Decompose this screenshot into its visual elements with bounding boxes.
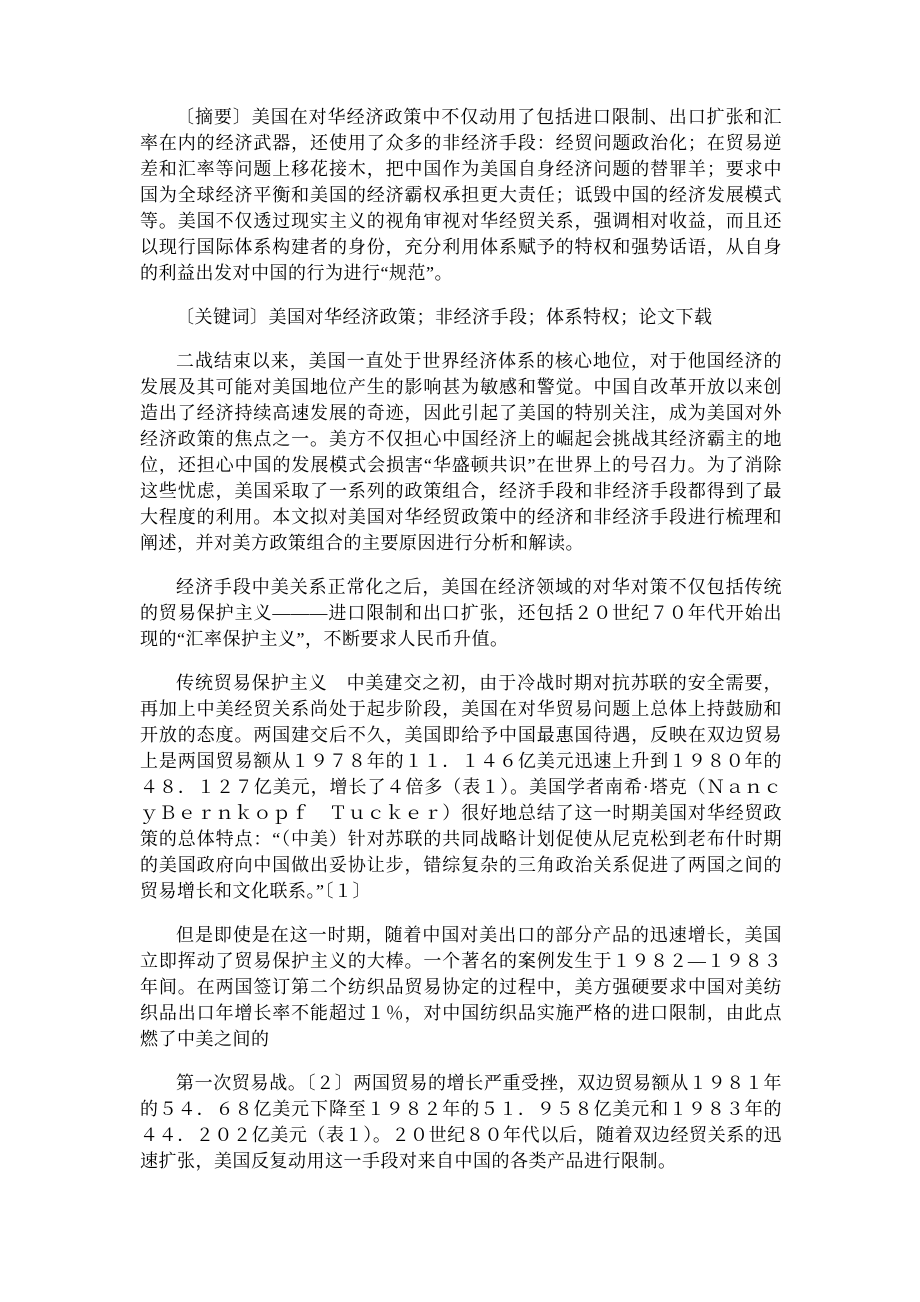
body-paragraph-economic-means: 经济手段中美关系正常化之后，美国在经济领域的对华对策不仅包括传统的贸易保护主义—… bbox=[140, 574, 782, 652]
body-paragraph-traditional-protectionism: 传统贸易保护主义 中美建交之初，由于冷战时期对抗苏联的安全需要，再加上中美经贸关… bbox=[140, 670, 782, 904]
body-paragraph-intro: 二战结束以来，美国一直处于世界经济体系的核心地位，对于他国经济的发展及其可能对美… bbox=[140, 348, 782, 556]
keywords-line: 〔关键词〕美国对华经济政策；非经济手段；体系特权；论文下载 bbox=[140, 304, 782, 330]
text-block: 〔摘要〕美国在对华经济政策中不仅动用了包括进口限制、出口扩张和汇率在内的经济武器… bbox=[140, 104, 782, 1192]
abstract-paragraph: 〔摘要〕美国在对华经济政策中不仅动用了包括进口限制、出口扩张和汇率在内的经济武器… bbox=[140, 104, 782, 286]
document-page: 〔摘要〕美国在对华经济政策中不仅动用了包括进口限制、出口扩张和汇率在内的经济武器… bbox=[0, 0, 920, 1302]
body-paragraph-first-trade-war: 第一次贸易战。〔２〕两国贸易的增长严重受挫，双边贸易额从１９８１年的５４．６８亿… bbox=[140, 1070, 782, 1174]
body-paragraph-textile-case: 但是即使是在这一时期，随着中国对美出口的部分产品的迅速增长，美国立即挥动了贸易保… bbox=[140, 922, 782, 1052]
